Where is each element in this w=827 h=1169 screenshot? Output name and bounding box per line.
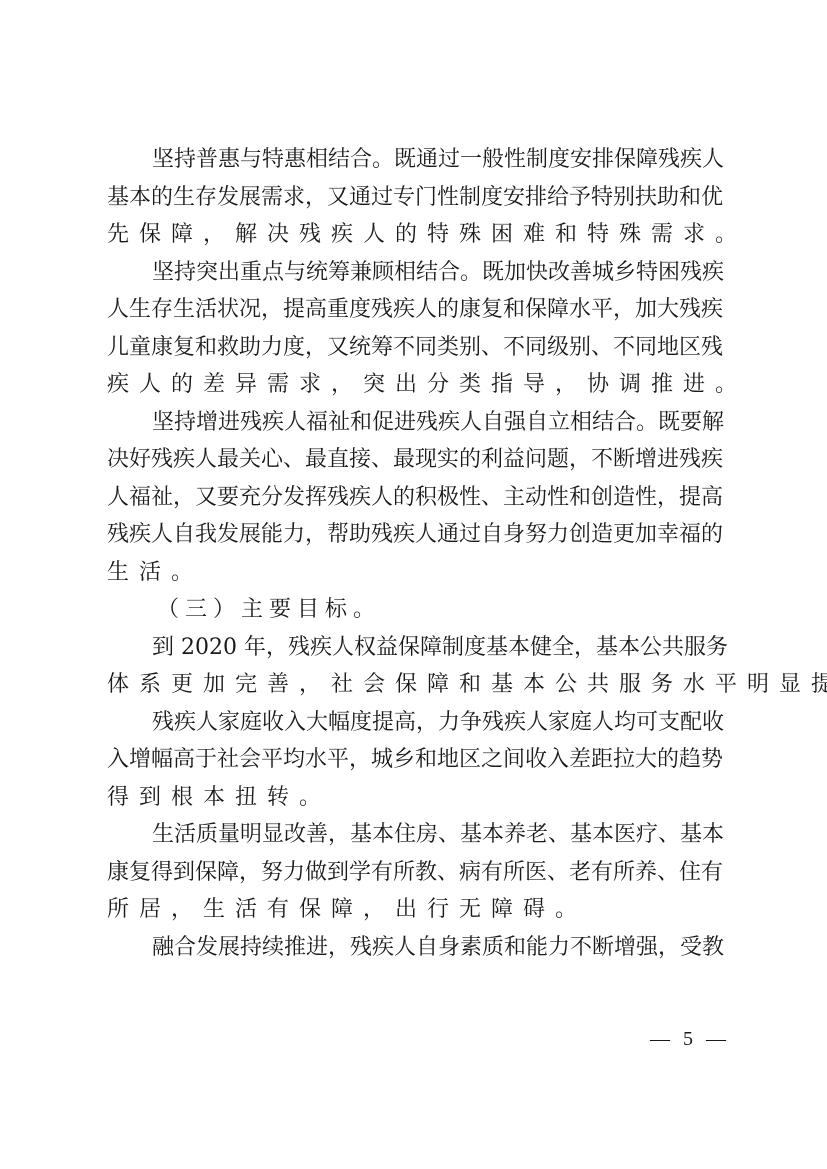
paragraph-line: 融合发展持续推进，残疾人自身素质和能力不断增强，受教	[107, 929, 723, 967]
paragraph-line: 生活质量明显改善，基本住房、基本养老、基本医疗、基本	[107, 816, 723, 854]
page-number: — 5 —	[650, 1028, 730, 1051]
document-page: 坚持普惠与特惠相结合。既通过一般性制度安排保障残疾人 基本的生存发展需求，又通过…	[0, 0, 827, 1169]
paragraph-line: 康复得到保障，努力做到学有所教、病有所医、老有所养、住有	[107, 854, 723, 892]
paragraph-line: 体系更加完善，社会保障和基本公共服务水平明显提高。	[107, 666, 723, 704]
paragraph-line: 先保障，解决残疾人的特殊困难和特殊需求。	[107, 216, 723, 254]
paragraph-line: 人生存生活状况，提高重度残疾人的康复和保障水平，加大残疾	[107, 291, 723, 329]
paragraph-line: 疾人的差异需求，突出分类指导，协调推进。	[107, 366, 723, 404]
paragraph-line: 决好残疾人最关心、最直接、最现实的利益问题，不断增进残疾	[107, 441, 723, 479]
paragraph-line: 生活。	[107, 554, 723, 592]
paragraph-line: 所居，生活有保障，出行无障碍。	[107, 891, 723, 929]
document-body: 坚持普惠与特惠相结合。既通过一般性制度安排保障残疾人 基本的生存发展需求，又通过…	[107, 141, 723, 966]
paragraph-line: 残疾人家庭收入大幅度提高，力争残疾人家庭人均可支配收	[107, 704, 723, 742]
paragraph-line: 入增幅高于社会平均水平，城乡和地区之间收入差距拉大的趋势	[107, 741, 723, 779]
paragraph-line: 到 2020 年，残疾人权益保障制度基本健全，基本公共服务	[107, 629, 723, 667]
paragraph-line: 儿童康复和救助力度，又统筹不同类别、不同级别、不同地区残	[107, 329, 723, 367]
paragraph-line: 残疾人自我发展能力，帮助残疾人通过自身努力创造更加幸福的	[107, 516, 723, 554]
paragraph-line: 人福祉，又要充分发挥残疾人的积极性、主动性和创造性，提高	[107, 479, 723, 517]
section-heading: （三）主要目标。	[107, 591, 723, 629]
paragraph-line: 坚持增进残疾人福祉和促进残疾人自强自立相结合。既要解	[107, 404, 723, 442]
paragraph-line: 得到根本扭转。	[107, 779, 723, 817]
paragraph-line: 坚持突出重点与统筹兼顾相结合。既加快改善城乡特困残疾	[107, 254, 723, 292]
paragraph-line: 坚持普惠与特惠相结合。既通过一般性制度安排保障残疾人	[107, 141, 723, 179]
paragraph-line: 基本的生存发展需求，又通过专门性制度安排给予特别扶助和优	[107, 179, 723, 217]
